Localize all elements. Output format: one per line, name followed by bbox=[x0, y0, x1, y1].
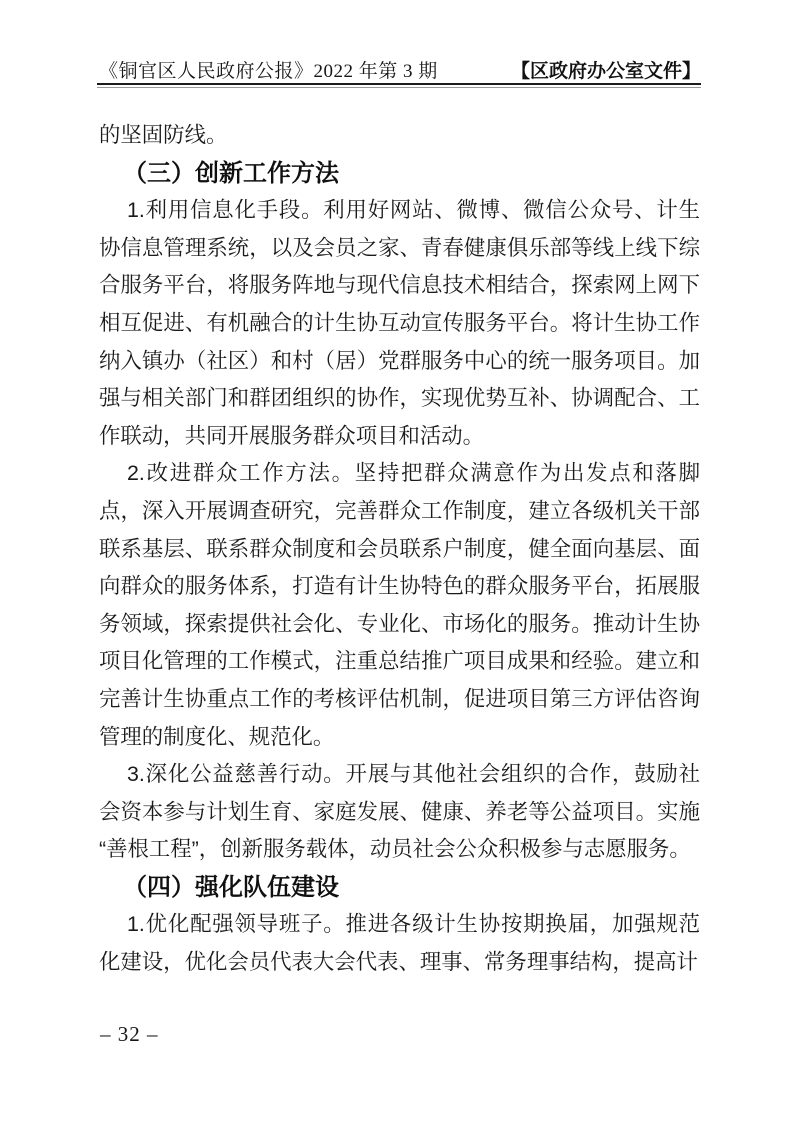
body-paragraph: 1.利用信息化手段。利用好网站、微博、微信公众号、计生协信息管理系统，以及会员之… bbox=[99, 192, 700, 455]
header-document-category: 【区政府办公室文件】 bbox=[511, 56, 701, 83]
body-paragraph: 3.深化公益慈善行动。开展与其他社会组织的合作，鼓励社会资本参与计划生育、家庭发… bbox=[99, 756, 700, 869]
body-paragraph: 的坚固防线。 bbox=[99, 117, 700, 155]
document-page: 《铜官区人民政府公报》2022 年第 3 期 【区政府办公室文件】 的坚固防线。… bbox=[0, 0, 793, 1122]
header-divider-rule bbox=[97, 83, 701, 85]
header-publication-title: 《铜官区人民政府公报》2022 年第 3 期 bbox=[99, 56, 438, 83]
section-heading: （三）创新工作方法 bbox=[99, 155, 700, 193]
body-paragraph: 1.优化配强领导班子。推进各级计生协按期换届，加强规范化建设，优化会员代表大会代… bbox=[99, 906, 700, 981]
page-number: – 32 – bbox=[100, 1022, 159, 1046]
running-header: 《铜官区人民政府公报》2022 年第 3 期 【区政府办公室文件】 bbox=[99, 56, 701, 83]
page-footer: – 32 – bbox=[100, 1022, 159, 1047]
section-heading: （四）强化队伍建设 bbox=[99, 869, 700, 907]
body-paragraph: 2.改进群众工作方法。坚持把群众满意作为出发点和落脚点，深入开展调查研究，完善群… bbox=[99, 455, 700, 756]
document-body: 的坚固防线。（三）创新工作方法1.利用信息化手段。利用好网站、微博、微信公众号、… bbox=[99, 117, 700, 982]
